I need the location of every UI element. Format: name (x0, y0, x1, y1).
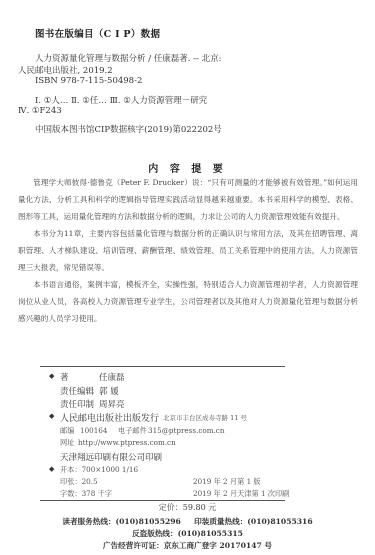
bullet-icon: ◆ (49, 412, 54, 420)
cip-number: 中国版本图书馆CIP数据核字(2019)第022202号 (35, 123, 222, 135)
web-url: http://www.ptpress.com.cn (78, 438, 176, 447)
word-count: 字数：378 千字 (60, 489, 112, 499)
publisher-address: 北京市丰台区成寿寺路 11 号 (163, 413, 247, 422)
editor-name: 郭 媛 (99, 385, 119, 397)
postcode: 100164 (80, 426, 107, 435)
divider-top (40, 366, 285, 367)
author-name: 任康磊 (99, 371, 125, 383)
cip-heading: 图书在版编目（C I P）数据 (35, 26, 160, 40)
bullet-icon: ◆ (49, 372, 54, 380)
edition: 2019 年 2 月第 1 版 (193, 477, 261, 487)
cip-publisher-line: 人民邮电出版社, 2019.2 (18, 64, 113, 76)
email: 315@ptpress.com.cn (148, 426, 224, 435)
summary-paragraph-1: 管理学大师彼得·德鲁克（Peter F. Drucker）说：“只有可测量的才能… (18, 174, 358, 225)
summary-paragraph-3: 本书语言通俗，案例丰富，模板齐全，实操性强，特别适合人力资源管理初学者，人力资源… (18, 276, 358, 327)
web-label: 网址 (60, 438, 74, 448)
hotline-line: 读者服务热线：(010)81055296 印装质量热线：(010)8105531… (0, 516, 375, 527)
summary-title: 内 容 提 要 (0, 160, 375, 175)
print-person: 周昇亮 (99, 398, 125, 410)
quality-hotline: 印装质量热线：(010)81055316 (194, 517, 312, 526)
price: 定价：59.80 元 (0, 502, 375, 513)
divider-bottom (40, 500, 285, 501)
piracy-hotline: 反盗版热线：(010)81055315 (0, 528, 375, 539)
sheets: 印张：20.5 (60, 477, 98, 487)
postcode-label: 邮编 (60, 426, 74, 436)
cip-classification: Ⅰ. ①人… Ⅱ. ①任… Ⅲ. ①人力资源管理－研究 (35, 94, 207, 106)
print-label: 责任印制 (60, 398, 94, 410)
email-label: 电子邮件 (118, 426, 147, 436)
summary-paragraph-2: 本书分为11章，主要内容包括量化管理与数据分析的正确认识与常用方法，及其在招聘管… (18, 225, 358, 276)
publisher: 人民邮电出版社出版发行 (60, 411, 159, 424)
format: 开本：700×1000 1/16 (60, 465, 138, 475)
ad-license: 广告经营许可证：京东工商广登字 20170147 号 (0, 540, 375, 551)
reader-hotline: 读者服务热线：(010)81055296 (62, 517, 180, 526)
printer: 天津翔远印刷有限公司印刷 (60, 451, 162, 463)
cip-title-line: 人力资源量化管理与数据分析 / 任康磊著. -- 北京: (35, 52, 221, 64)
printing: 2019 年 2 月天津第 1 次印刷 (193, 489, 289, 499)
bullet-icon: ◆ (49, 465, 54, 473)
cip-classification-2: Ⅳ. ①F243 (18, 106, 62, 116)
author-label: 著 (60, 371, 69, 383)
cip-isbn: ISBN 978-7-115-50498-2 (35, 76, 142, 86)
editor-label: 责任编辑 (60, 385, 94, 397)
